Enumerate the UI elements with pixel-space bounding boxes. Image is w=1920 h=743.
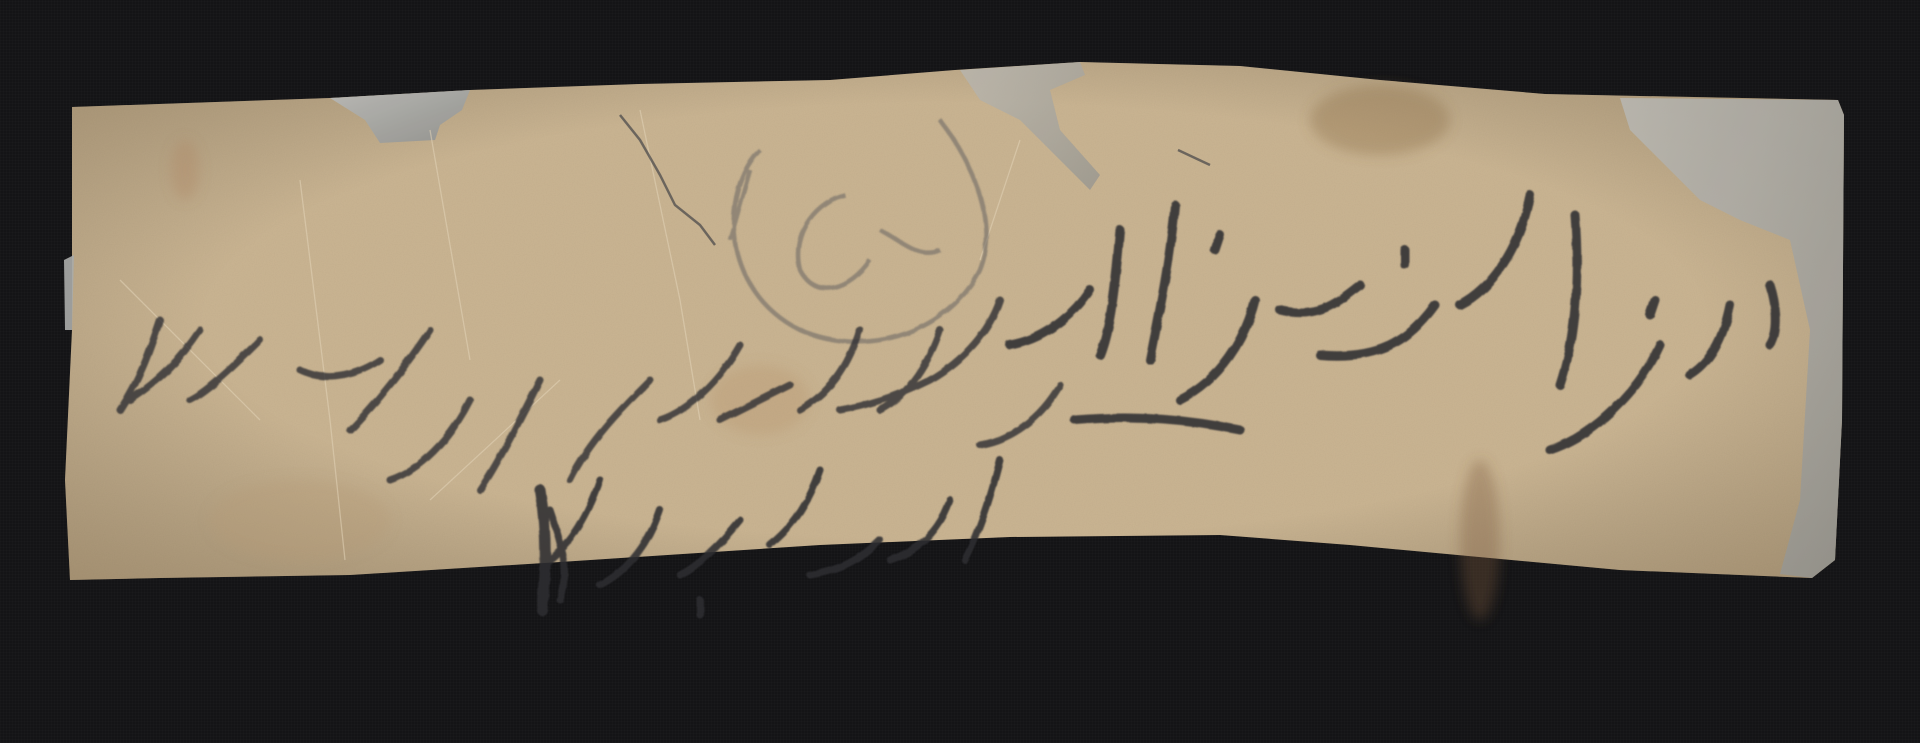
script-stroke-vertical (540, 490, 545, 610)
photo-stage: Historical manuscript fragment with Pers… (0, 0, 1920, 743)
manuscript-photo (0, 0, 1920, 743)
